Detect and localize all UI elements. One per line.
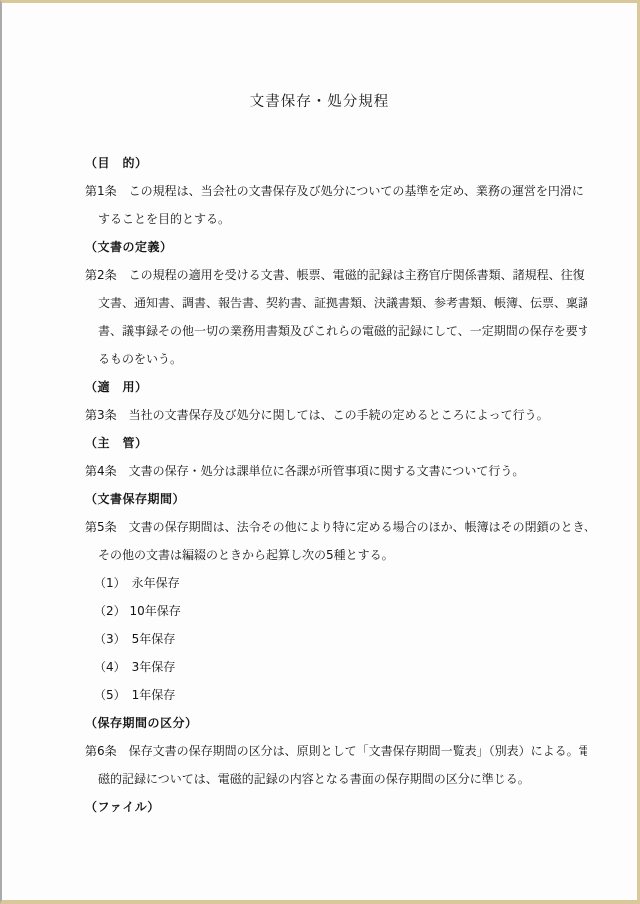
item-line: （4） 3年保存 xyxy=(85,653,587,681)
document-page: 文書保存・処分規程 （目 的）第1条 この規程は、当会社の文書保存及び処分につい… xyxy=(0,0,640,904)
heading-line: （主 管） xyxy=(85,429,587,457)
heading-line: （ファイル） xyxy=(85,793,587,821)
article-line: 第4条 文書の保存・処分は課単位に各課が所管事項に関する文書について行う。 xyxy=(85,457,587,485)
item-line: （2） 10年保存 xyxy=(85,597,587,625)
article-line: 第5条 文書の保存期間は、法令その他により特に定める場合のほか、帳簿はその閉鎖の… xyxy=(85,513,587,541)
heading-line: （目 的） xyxy=(85,149,587,177)
article-line: 第2条 この規程の適用を受ける文書、帳票、電磁的記録は主務官庁関係書類、諸規程、… xyxy=(85,261,587,289)
article-line: るものをいう。 xyxy=(85,345,587,373)
article-line: 第1条 この規程は、当会社の文書保存及び処分についての基準を定め、業務の運営を円… xyxy=(85,177,587,205)
article-line: 第3条 当社の文書保存及び処分に関しては、この手続の定めるところによって行う。 xyxy=(85,401,587,429)
article-line: することを目的とする。 xyxy=(85,205,587,233)
article-line: その他の文書は編綴のときから起算し次の5種とする。 xyxy=(85,541,587,569)
article-line: 文書、通知書、調書、報告書、契約書、証拠書類、決議書類、参考書類、帳簿、伝票、稟… xyxy=(85,289,587,317)
document-body: （目 的）第1条 この規程は、当会社の文書保存及び処分についての基準を定め、業務… xyxy=(2,149,637,821)
heading-line: （保存期間の区分） xyxy=(85,709,587,737)
item-line: （5） 1年保存 xyxy=(85,681,587,709)
article-line: 第6条 保存文書の保存期間の区分は、原則として「文書保存期間一覧表」（別表）によ… xyxy=(85,737,587,765)
heading-line: （文書の定義） xyxy=(85,233,587,261)
item-line: （3） 5年保存 xyxy=(85,625,587,653)
heading-line: （文書保存期間） xyxy=(85,485,587,513)
heading-line: （適 用） xyxy=(85,373,587,401)
document-title: 文書保存・処分規程 xyxy=(2,91,637,113)
item-line: （1） 永年保存 xyxy=(85,569,587,597)
article-line: 磁的記録については、電磁的記録の内容となる書面の保存期間の区分に準じる。 xyxy=(85,765,587,793)
article-line: 書、議事録その他一切の業務用書類及びこれらの電磁的記録にして、一定期間の保存を要… xyxy=(85,317,587,345)
